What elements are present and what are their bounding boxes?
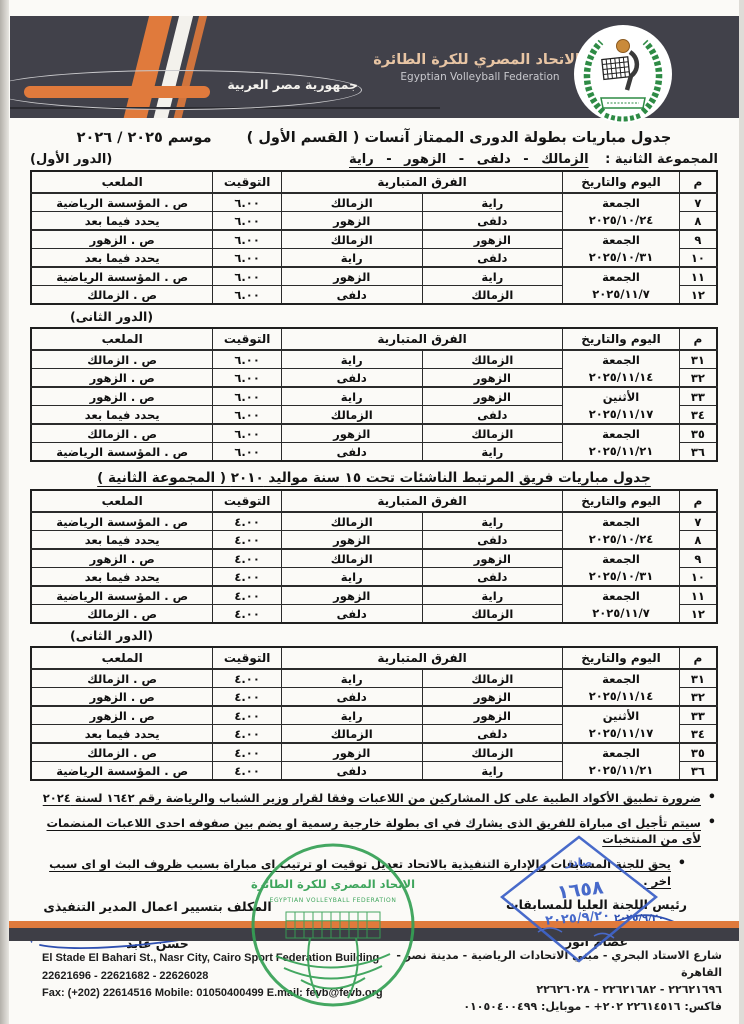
venue-cell: ص . الزمالك bbox=[31, 669, 213, 688]
match-number-cell: ١٠ bbox=[679, 568, 717, 587]
team-cell: دلفى bbox=[422, 725, 563, 744]
venue-cell: ص . الزهور bbox=[31, 230, 213, 249]
match-row: ٣٣الأثنين٢٠٢٥/١١/١٧الزهورراية٦.٠٠ص . الز… bbox=[31, 387, 717, 406]
team-cell: دلفى bbox=[422, 568, 563, 587]
schedule-table-u15-round2: ماليوم والتاريخالفرق المتباريةالتوقيتالم… bbox=[30, 646, 718, 781]
column-header-date: اليوم والتاريخ bbox=[563, 171, 680, 193]
team-cell: الزمالك bbox=[422, 669, 563, 688]
column-header-venue: الملعب bbox=[31, 647, 213, 669]
time-cell: ٤.٠٠ bbox=[213, 586, 282, 605]
team-cell: راية bbox=[281, 669, 422, 688]
document-title: جدول مباريات بطولة الدورى الممتاز آنسات … bbox=[247, 130, 672, 146]
team-cell: الزهور bbox=[281, 212, 422, 231]
venue-cell: ص . الزهور bbox=[31, 688, 213, 707]
date-cell: الأثنين٢٠٢٥/١١/١٧ bbox=[563, 706, 680, 743]
svg-text:الاتحاد المصري للكرة الطائرة: الاتحاد المصري للكرة الطائرة bbox=[251, 877, 415, 891]
column-header-time: التوقيت bbox=[213, 490, 282, 512]
team-cell: دلفى bbox=[422, 531, 563, 550]
column-header-date: اليوم والتاريخ bbox=[563, 647, 680, 669]
team-cell: دلفى bbox=[281, 369, 422, 388]
match-row: ١١الجمعة٢٠٢٥/١١/٧رايةالزهور٦.٠٠ص . المؤس… bbox=[31, 267, 717, 286]
venue-cell: ص . الزمالك bbox=[31, 605, 213, 624]
venue-cell: يحدد فيما بعد bbox=[31, 249, 213, 268]
time-cell: ٦.٠٠ bbox=[213, 193, 282, 212]
federation-round-stamp: الاتحاد المصري للكرة الطائرة EGYPTIAN VO… bbox=[246, 838, 420, 1012]
team-cell: الزهور bbox=[422, 688, 563, 707]
match-row: ٧الجمعة٢٠٢٥/١٠/٢٤رايةالزمالك٦.٠٠ص . المؤ… bbox=[31, 193, 717, 212]
team-cell: راية bbox=[281, 706, 422, 725]
document-title-line: جدول مباريات بطولة الدورى الممتاز آنسات … bbox=[30, 130, 718, 146]
venue-cell: ص . الزهور bbox=[31, 549, 213, 568]
team-cell: الزمالك bbox=[422, 605, 563, 624]
team-cell: الزمالك bbox=[281, 549, 422, 568]
team-cell: الزهور bbox=[281, 267, 422, 286]
venue-cell: ص . المؤسسة الرياضية bbox=[31, 267, 213, 286]
time-cell: ٤.٠٠ bbox=[213, 688, 282, 707]
match-number-cell: ٧ bbox=[679, 193, 717, 212]
time-cell: ٦.٠٠ bbox=[213, 286, 282, 305]
issued-diamond-stamp: صادر ١٦٥٨ ٢٠٢٥/٩/٢٠ bbox=[498, 834, 660, 964]
group-teams: الزمالك - دلفى - الزهور - راية bbox=[349, 152, 589, 167]
match-number-cell: ٣٥ bbox=[679, 424, 717, 443]
column-header-teams: الفرق المتبارية bbox=[281, 490, 562, 512]
venue-cell: ص . الزهور bbox=[31, 706, 213, 725]
column-header-time: التوقيت bbox=[213, 328, 282, 350]
round-two-label: (الدور الثانى) bbox=[30, 309, 718, 324]
date-cell: الجمعة٢٠٢٥/١١/٧ bbox=[563, 586, 680, 623]
time-cell: ٦.٠٠ bbox=[213, 369, 282, 388]
footer-ar-contacts: فاكس: ٢٢٦١٤٥١٦ ٢٠٢+ - موبايل: ٠١٠٥٠٤٠٠٤٩… bbox=[392, 998, 722, 1015]
match-number-cell: ١٠ bbox=[679, 249, 717, 268]
match-row: ٩الجمعة٢٠٢٥/١٠/٣١الزهورالزمالك٤.٠٠ص . ال… bbox=[31, 549, 717, 568]
team-cell: راية bbox=[281, 387, 422, 406]
group-info: المجموعة الثانية : الزمالك - دلفى - الزه… bbox=[349, 152, 718, 167]
team-cell: راية bbox=[281, 350, 422, 369]
column-header-venue: الملعب bbox=[31, 171, 213, 193]
time-cell: ٦.٠٠ bbox=[213, 443, 282, 462]
column-header-venue: الملعب bbox=[31, 490, 213, 512]
match-row: ٣١الجمعة٢٠٢٥/١١/١٤الزمالكراية٤.٠٠ص . الز… bbox=[31, 669, 717, 688]
team-cell: الزهور bbox=[422, 387, 563, 406]
time-cell: ٤.٠٠ bbox=[213, 762, 282, 781]
team-cell: الزهور bbox=[281, 743, 422, 762]
team-cell: الزمالك bbox=[281, 406, 422, 425]
date-cell: الجمعة٢٠٢٥/١١/٢١ bbox=[563, 743, 680, 780]
team-cell: دلفى bbox=[422, 212, 563, 231]
column-header-venue: الملعب bbox=[31, 328, 213, 350]
match-number-cell: ٩ bbox=[679, 230, 717, 249]
group-label: المجموعة الثانية : bbox=[605, 152, 718, 167]
column-header-num: م bbox=[679, 171, 717, 193]
match-number-cell: ٧ bbox=[679, 512, 717, 531]
org-name-arabic: الاتحاد المصري للكرة الطائرة bbox=[380, 52, 580, 68]
team-cell: راية bbox=[422, 267, 563, 286]
match-number-cell: ٣٢ bbox=[679, 369, 717, 388]
venue-cell: يحدد فيما بعد bbox=[31, 212, 213, 231]
team-cell: الزهور bbox=[422, 549, 563, 568]
match-number-cell: ٩ bbox=[679, 549, 717, 568]
team-cell: دلفى bbox=[281, 286, 422, 305]
match-number-cell: ٣١ bbox=[679, 350, 717, 369]
time-cell: ٤.٠٠ bbox=[213, 669, 282, 688]
team-cell: دلفى bbox=[422, 406, 563, 425]
team-cell: دلفى bbox=[281, 443, 422, 462]
column-header-time: التوقيت bbox=[213, 647, 282, 669]
match-number-cell: ١١ bbox=[679, 267, 717, 286]
time-cell: ٤.٠٠ bbox=[213, 605, 282, 624]
venue-cell: ص . المؤسسة الرياضية bbox=[31, 193, 213, 212]
round-one-label: (الدور الأول) bbox=[30, 152, 112, 167]
column-header-date: اليوم والتاريخ bbox=[563, 490, 680, 512]
match-number-cell: ٣٤ bbox=[679, 725, 717, 744]
venue-cell: ص . المؤسسة الرياضية bbox=[31, 512, 213, 531]
time-cell: ٦.٠٠ bbox=[213, 267, 282, 286]
time-cell: ٤.٠٠ bbox=[213, 549, 282, 568]
time-cell: ٤.٠٠ bbox=[213, 568, 282, 587]
team-cell: الزمالك bbox=[422, 424, 563, 443]
schedule-table-seniors-round2: ماليوم والتاريخالفرق المتباريةالتوقيتالم… bbox=[30, 327, 718, 462]
team-cell: راية bbox=[422, 586, 563, 605]
federation-logo-icon bbox=[573, 24, 673, 124]
time-cell: ٦.٠٠ bbox=[213, 406, 282, 425]
team-cell: راية bbox=[281, 568, 422, 587]
match-number-cell: ٣٤ bbox=[679, 406, 717, 425]
team-cell: الزمالك bbox=[422, 350, 563, 369]
match-number-cell: ٣١ bbox=[679, 669, 717, 688]
season-label: موسم ٢٠٢٥ / ٢٠٢٦ bbox=[77, 130, 212, 146]
svg-text:EGYPTIAN VOLLEYBALL FEDERATION: EGYPTIAN VOLLEYBALL FEDERATION bbox=[270, 897, 397, 904]
time-cell: ٤.٠٠ bbox=[213, 743, 282, 762]
team-cell: الزهور bbox=[281, 531, 422, 550]
venue-cell: ص . الزمالك bbox=[31, 743, 213, 762]
column-header-teams: الفرق المتبارية bbox=[281, 647, 562, 669]
scanned-document-page: جمهورية مصر العربية الاتحاد المصري للكرة… bbox=[0, 0, 744, 1024]
team-cell: راية bbox=[281, 249, 422, 268]
match-number-cell: ٣٢ bbox=[679, 688, 717, 707]
date-cell: الجمعة٢٠٢٥/١٠/٣١ bbox=[563, 230, 680, 267]
column-header-date: اليوم والتاريخ bbox=[563, 328, 680, 350]
match-number-cell: ٣٦ bbox=[679, 762, 717, 781]
venue-cell: ص . المؤسسة الرياضية bbox=[31, 586, 213, 605]
team-cell: دلفى bbox=[281, 762, 422, 781]
team-cell: الزمالك bbox=[422, 743, 563, 762]
time-cell: ٤.٠٠ bbox=[213, 725, 282, 744]
org-name-block: الاتحاد المصري للكرة الطائرة Egyptian Vo… bbox=[380, 52, 580, 83]
time-cell: ٦.٠٠ bbox=[213, 249, 282, 268]
svg-text:صادر: صادر bbox=[565, 856, 593, 869]
venue-cell: يحدد فيما بعد bbox=[31, 406, 213, 425]
date-cell: الجمعة٢٠٢٥/١١/٢١ bbox=[563, 424, 680, 461]
orange-bar bbox=[24, 86, 210, 98]
match-row: ٩الجمعة٢٠٢٥/١٠/٣١الزهورالزمالك٦.٠٠ص . ال… bbox=[31, 230, 717, 249]
time-cell: ٦.٠٠ bbox=[213, 387, 282, 406]
time-cell: ٤.٠٠ bbox=[213, 706, 282, 725]
schedule-table-u15-round1: ماليوم والتاريخالفرق المتباريةالتوقيتالم… bbox=[30, 489, 718, 624]
team-cell: الزهور bbox=[281, 586, 422, 605]
time-cell: ٦.٠٠ bbox=[213, 212, 282, 231]
match-number-cell: ٣٦ bbox=[679, 443, 717, 462]
svg-text:١٦٥٨: ١٦٥٨ bbox=[556, 876, 605, 904]
section-two-title: جدول مباريات فريق المرتبط الناشئات تحت ١… bbox=[30, 470, 718, 486]
team-cell: دلفى bbox=[422, 249, 563, 268]
column-header-num: م bbox=[679, 328, 717, 350]
time-cell: ٦.٠٠ bbox=[213, 230, 282, 249]
match-row: ١١الجمعة٢٠٢٥/١١/٧رايةالزهور٤.٠٠ص . المؤس… bbox=[31, 586, 717, 605]
svg-text:٢٠٢٥/٩/٢٠: ٢٠٢٥/٩/٢٠ bbox=[545, 908, 611, 929]
date-cell: الأثنين٢٠٢٥/١١/١٧ bbox=[563, 387, 680, 424]
time-cell: ٤.٠٠ bbox=[213, 531, 282, 550]
team-cell: راية bbox=[422, 762, 563, 781]
time-cell: ٦.٠٠ bbox=[213, 424, 282, 443]
team-cell: الزهور bbox=[422, 230, 563, 249]
date-cell: الجمعة٢٠٢٥/١١/١٤ bbox=[563, 350, 680, 387]
venue-cell: ص . الزمالك bbox=[31, 424, 213, 443]
org-name-english: Egyptian Volleyball Federation bbox=[380, 71, 580, 83]
column-header-time: التوقيت bbox=[213, 171, 282, 193]
match-number-cell: ٨ bbox=[679, 531, 717, 550]
team-cell: دلفى bbox=[281, 605, 422, 624]
team-cell: الزمالك bbox=[281, 193, 422, 212]
column-header-teams: الفرق المتبارية bbox=[281, 328, 562, 350]
time-cell: ٦.٠٠ bbox=[213, 350, 282, 369]
scan-left-edge bbox=[0, 0, 9, 1024]
venue-cell: يحدد فيما بعد bbox=[31, 725, 213, 744]
venue-cell: ص . الزمالك bbox=[31, 286, 213, 305]
team-cell: راية bbox=[422, 512, 563, 531]
venue-cell: ص . الزهور bbox=[31, 369, 213, 388]
group-line: المجموعة الثانية : الزمالك - دلفى - الزه… bbox=[30, 152, 718, 167]
column-header-num: م bbox=[679, 490, 717, 512]
match-number-cell: ١٢ bbox=[679, 286, 717, 305]
round-two-label-u15: (الدور الثانى) bbox=[30, 628, 718, 643]
team-cell: دلفى bbox=[281, 688, 422, 707]
venue-cell: ص . المؤسسة الرياضية bbox=[31, 762, 213, 781]
team-cell: الزمالك bbox=[422, 286, 563, 305]
date-cell: الجمعة٢٠٢٥/١١/٧ bbox=[563, 267, 680, 304]
match-number-cell: ٣٥ bbox=[679, 743, 717, 762]
match-row: ٧الجمعة٢٠٢٥/١٠/٢٤رايةالزمالك٤.٠٠ص . المؤ… bbox=[31, 512, 717, 531]
venue-cell: يحدد فيما بعد bbox=[31, 568, 213, 587]
match-number-cell: ٣٣ bbox=[679, 387, 717, 406]
match-number-cell: ٨ bbox=[679, 212, 717, 231]
match-number-cell: ١٢ bbox=[679, 605, 717, 624]
venue-cell: ص . الزهور bbox=[31, 387, 213, 406]
team-cell: الزمالك bbox=[281, 512, 422, 531]
match-row: ٣٥الجمعة٢٠٢٥/١١/٢١الزمالكالزهور٤.٠٠ص . ا… bbox=[31, 743, 717, 762]
team-cell: راية bbox=[422, 443, 563, 462]
venue-cell: يحدد فيما بعد bbox=[31, 531, 213, 550]
team-cell: الزهور bbox=[422, 706, 563, 725]
team-cell: الزمالك bbox=[281, 725, 422, 744]
column-header-teams: الفرق المتبارية bbox=[281, 171, 562, 193]
match-number-cell: ١١ bbox=[679, 586, 717, 605]
match-row: ٣٥الجمعة٢٠٢٥/١١/٢١الزمالكالزهور٦.٠٠ص . ا… bbox=[31, 424, 717, 443]
venue-cell: ص . المؤسسة الرياضية bbox=[31, 443, 213, 462]
date-cell: الجمعة٢٠٢٥/١٠/٢٤ bbox=[563, 512, 680, 549]
date-cell: الجمعة٢٠٢٥/١١/١٤ bbox=[563, 669, 680, 706]
note-item: ضرورة تطبيق الأكواد الطبية على كل المشار… bbox=[30, 790, 716, 807]
match-row: ٣١الجمعة٢٠٢٥/١١/١٤الزمالكراية٦.٠٠ص . الز… bbox=[31, 350, 717, 369]
schedule-table-seniors-round1: ماليوم والتاريخالفرق المتباريةالتوقيتالم… bbox=[30, 170, 718, 305]
team-cell: الزهور bbox=[422, 369, 563, 388]
scan-right-edge bbox=[739, 0, 744, 1024]
venue-cell: ص . الزمالك bbox=[31, 350, 213, 369]
match-row: ٣٣الأثنين٢٠٢٥/١١/١٧الزهورراية٤.٠٠ص . الز… bbox=[31, 706, 717, 725]
team-cell: الزهور bbox=[281, 424, 422, 443]
team-cell: الزمالك bbox=[281, 230, 422, 249]
footer-ar-phones: ٢٢٦٢١٦٩٦ - ٢٢٦٢١٦٨٢ - ٢٢٦٢٦٠٢٨ bbox=[392, 981, 722, 998]
date-cell: الجمعة٢٠٢٥/١٠/٢٤ bbox=[563, 193, 680, 230]
time-cell: ٤.٠٠ bbox=[213, 512, 282, 531]
match-number-cell: ٣٣ bbox=[679, 706, 717, 725]
date-cell: الجمعة٢٠٢٥/١٠/٣١ bbox=[563, 549, 680, 586]
column-header-num: م bbox=[679, 647, 717, 669]
team-cell: راية bbox=[422, 193, 563, 212]
republic-badge-label: جمهورية مصر العربية bbox=[232, 77, 358, 92]
